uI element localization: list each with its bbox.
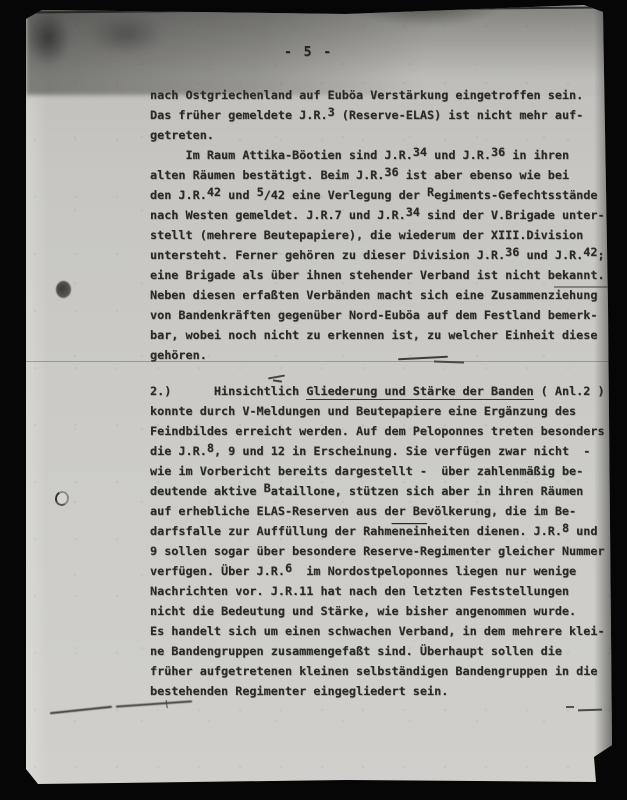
text-line: nach Ostgriechenland auf Euböa Verstärku… — [150, 85, 605, 105]
text-line: die J.R.8, 9 und 12 in Erscheinung. Sie … — [150, 441, 605, 461]
text-line: Es handelt sich um einen schwachen Verba… — [150, 621, 605, 641]
page-top-edge-line — [30, 7, 598, 14]
text-line: untersteht. Ferner gehören zu dieser Div… — [150, 245, 605, 265]
scratch-mark — [50, 706, 112, 714]
text-line: den J.R.42 und 5/42 eine Verlegung der R… — [150, 185, 605, 205]
document-page: - 5 - nach Ostgriechenland auf Euböa Ver… — [26, 5, 614, 786]
text-line: darfsfalle zur Auffüllung der Rahmeneinh… — [150, 521, 605, 541]
text-line: wie im Vorbericht bereits dargestellt - … — [150, 461, 605, 481]
pencil-mark — [578, 709, 602, 711]
text-line: von Bandenkräften gegenüber Nord-Euböa a… — [150, 305, 605, 325]
text-line: Das früher gemeldete J.R.3 (Reserve-ELAS… — [150, 105, 605, 125]
text-line: nicht die Bedeutung und Stärke, wie bish… — [150, 601, 605, 621]
pencil-mark — [566, 706, 574, 708]
paragraph-situation-report: nach Ostgriechenland auf Euböa Verstärku… — [150, 85, 605, 365]
text-line: Nachrichten vor. J.R.11 hat nach den let… — [150, 581, 605, 601]
text-line: alten Räumen bestätigt. Beim J.R.36 ist … — [150, 165, 605, 185]
hole-punch-mark — [56, 281, 71, 298]
scan-smudge — [88, 13, 164, 55]
text-line: getreten. — [150, 125, 605, 145]
text-line: bar, wobei noch nicht zu erkennen ist, z… — [150, 325, 605, 345]
text-line: früher aufgetretenen kleinen selbständig… — [150, 661, 605, 681]
text-line: 9 sollen sogar über besondere Reserve-Re… — [150, 541, 605, 561]
pencil-mark — [268, 375, 285, 380]
hole-punch-mark — [53, 489, 70, 507]
scratch-mark — [116, 700, 192, 707]
text-line: eine Brigade als über ihnen stehender Ve… — [150, 265, 605, 285]
text-line: ne Bandengruppen zusammengefaßt sind. Üb… — [150, 641, 605, 661]
text-line: Im Raum Attika-Böotien sind J.R.34 und J… — [150, 145, 605, 165]
text-line: bestehenden Regimenter eingegliedert sei… — [150, 681, 605, 701]
text-line: verfügen. Über J.R.6 im Nordostpeloponne… — [150, 561, 605, 581]
text-line: nach Westen gemeldet. J.R.7 und J.R.34 s… — [150, 205, 605, 225]
text-line: gehören. — [150, 345, 605, 365]
scan-smudge — [26, 10, 70, 66]
page-number: - 5 - — [284, 45, 333, 60]
text-line: Feindbildes erreicht werden. Auf dem Pel… — [150, 421, 605, 441]
text-line: 2.) Hinsichtlich Gliederung und Stärke d… — [150, 381, 605, 401]
text-line: Neben diesen erfaßten Verbänden macht si… — [150, 285, 605, 305]
text-line: stellt (mehrere Beutepapiere), die wiede… — [150, 225, 605, 245]
text-line: deutende aktive Bataillone, stützen sich… — [150, 481, 605, 501]
text-line: auf erhebliche ELAS-Reserven aus der Bev… — [150, 501, 605, 521]
text-line: konnte durch V-Meldungen und Beutepapier… — [150, 401, 605, 421]
paragraph-section-2: 2.) Hinsichtlich Gliederung und Stärke d… — [150, 381, 605, 701]
scanned-document-view: - 5 - nach Ostgriechenland auf Euböa Ver… — [0, 0, 627, 800]
